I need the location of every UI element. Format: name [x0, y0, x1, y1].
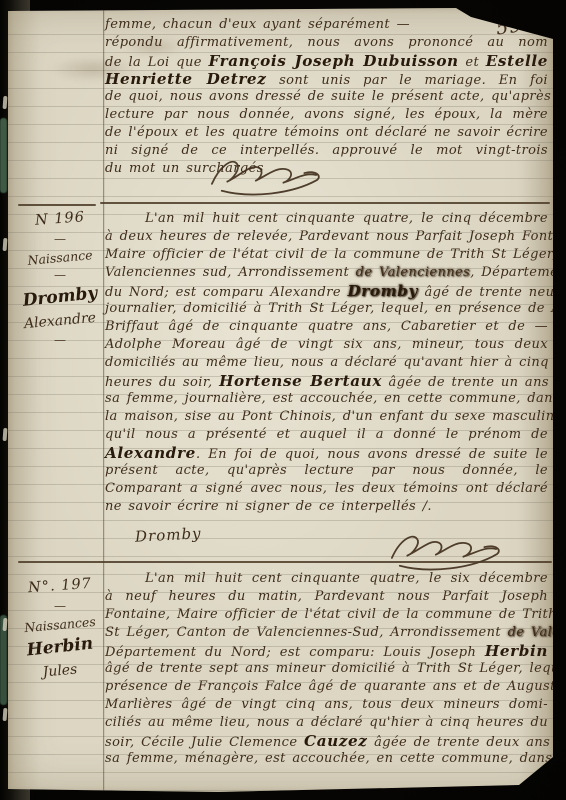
text-run: soir, Cécile Julie Clemence: [105, 735, 304, 750]
person-name: Henriette Detrez: [105, 70, 266, 88]
act-text: L'an mil huit cent cinquante quatre, le …: [105, 210, 548, 516]
text-run: sont unis par le mariage. En foi: [266, 73, 548, 88]
entry-separator: [100, 202, 550, 204]
text-run: sa femme, journalière, est accouchée, en…: [105, 391, 560, 406]
text-run: de quoi, nous avons dressé de suite le p…: [105, 89, 551, 104]
manuscript-line: de l'époux et les quatre témoins ont déc…: [105, 124, 548, 142]
text-run: la maison, sise au Pont Chinois, d'un en…: [105, 409, 559, 424]
text-run: Maire officier de l'état civil de la com…: [105, 247, 566, 262]
text-run: Fontaine, Maire officier de l'état civil…: [105, 607, 557, 622]
register-page: 596 femme, chacun d'eux ayant séparément…: [8, 8, 553, 792]
manuscript-line: soir, Cécile Julie Clemence Cauzez âgée …: [105, 732, 548, 750]
text-run: Comparant a signé avec nous, les deux té…: [105, 481, 548, 496]
manuscript-line: la maison, sise au Pont Chinois, d'un en…: [105, 408, 548, 426]
manuscript-line: ne savoir écrire ni signer de ce interpe…: [105, 498, 548, 516]
text-run: Briffaut âgé de cinquante quatre ans, Ca…: [105, 319, 548, 334]
act-number: N°. 197: [19, 571, 100, 601]
text-run: âgé de trente sept ans mineur domicilié …: [105, 661, 566, 676]
photo-background: 596 femme, chacun d'eux ayant séparément…: [0, 0, 566, 800]
text-run: St Léger, Canton de Valenciennes-Sud, Ar…: [105, 625, 508, 640]
manuscript-line: ciliés au même lieu, nous a déclaré qu'h…: [105, 714, 548, 732]
entry-separator: [18, 561, 552, 563]
manuscript-line: à deux heures de relevée, Pardevant nous…: [105, 228, 548, 246]
person-name: Cauzez: [304, 732, 368, 750]
text-run: présent acte, qu'après lecture par nous …: [105, 463, 548, 478]
margin-annotations: N 196 — Naissance — Dromby Alexandre —: [20, 207, 100, 349]
text-run: et: [459, 55, 486, 70]
manuscript-line: à neuf heures du matin, Pardevant nous P…: [105, 588, 548, 606]
text-run: de l'époux et les quatre témoins ont déc…: [105, 125, 548, 140]
text-run: à deux heures de relevée, Pardevant nous…: [105, 229, 566, 244]
manuscript-line: Alexandre. En foi de quoi, nous avons dr…: [105, 444, 548, 462]
person-name: Estelle: [486, 52, 548, 70]
text-run: à neuf heures du matin, Pardevant nous P…: [105, 589, 548, 604]
manuscript-line: heures du soir, Hortense Bertaux âgée de…: [105, 372, 548, 390]
manuscript-line: Valenciennes sud, Arrondissement de Vale…: [105, 264, 548, 282]
act-text: femme, chacun d'eux ayant séparément —ré…: [105, 16, 548, 178]
dash: —: [20, 332, 100, 349]
manuscript-line: Adolphe Moreau âgé de vingt six ans, min…: [105, 336, 548, 354]
manuscript-line: journalier, domicilié à Trith St Léger, …: [105, 300, 548, 318]
declarant-signature: Dromby: [135, 524, 202, 545]
text-run: de Valenciennes: [356, 265, 471, 280]
text-run: lecture par nous donnée, avons signé, le…: [105, 107, 548, 122]
manuscript-line: St Léger, Canton de Valenciennes-Sud, Ar…: [105, 624, 548, 642]
text-run: heures du soir,: [105, 375, 219, 390]
person-name: François Joseph Dubuisson: [208, 52, 458, 70]
manuscript-line: sa femme, ménagère, est accouchée, en ce…: [105, 750, 548, 768]
text-run: Département du Nord; est comparu: Louis …: [105, 645, 485, 660]
text-run: ni signé de ce interpellés. approuvé le …: [105, 143, 548, 158]
manuscript-line: lecture par nous donnée, avons signé, le…: [105, 106, 548, 124]
text-run: âgée de trente deux ans: [368, 735, 551, 750]
person-name: Alexandre: [105, 444, 196, 462]
text-run: âgée de trente un ans: [382, 375, 549, 390]
binding-stitch: [3, 238, 8, 251]
text-run: domiciliés au même lieu, nous a déclaré …: [105, 355, 549, 370]
manuscript-line: L'an mil huit cent cinquante quatre, le …: [105, 210, 548, 228]
binding-stitch: [3, 96, 8, 109]
manuscript-line: de quoi, nous avons dressé de suite le p…: [105, 88, 548, 106]
person-name: Dromby: [347, 282, 418, 300]
text-run: de Valenciennes: [508, 625, 566, 640]
text-run: . En foi de quoi, nous avons dressé de s…: [196, 447, 548, 462]
text-run: journalier, domicilié à Trith St Léger, …: [105, 301, 566, 316]
manuscript-line: répondu affirmativement, nous avons pron…: [105, 34, 548, 52]
text-run: femme, chacun d'eux ayant séparément —: [105, 17, 410, 32]
text-run: âgé de trente neuf ans: [418, 285, 566, 300]
text-run: qu'il nous a présenté et auquel il a don…: [105, 427, 548, 442]
text-run: ciliés au même lieu, nous a déclaré qu'h…: [105, 715, 548, 730]
person-name: Herbin: [485, 642, 548, 660]
act-text: L'an mil huit cent cinquante quatre, le …: [105, 570, 548, 768]
act-number: N 196: [19, 204, 100, 234]
manuscript-line: sa femme, journalière, est accouchée, en…: [105, 390, 548, 408]
manuscript-line: Henriette Detrez sont unis par le mariag…: [105, 70, 548, 88]
text-run: Adolphe Moreau âgé de vingt six ans, min…: [105, 337, 548, 352]
text-run: ne savoir écrire ni signer de ce interpe…: [105, 499, 432, 514]
manuscript-line: âgé de trente sept ans mineur domicilié …: [105, 660, 548, 678]
text-run: du Nord; est comparu Alexandre: [105, 285, 347, 300]
manuscript-line: Marlières âgé de vingt cinq ans, tous de…: [105, 696, 548, 714]
manuscript-line: domiciliés au même lieu, nous a déclaré …: [105, 354, 548, 372]
margin-annotations: N°. 197 — Naissances Herbin Jules: [20, 574, 100, 682]
text-run: Marlières âgé de vingt cinq ans, tous de…: [105, 697, 548, 712]
manuscript-line: Comparant a signé avec nous, les deux té…: [105, 480, 548, 498]
manuscript-line: présent acte, qu'après lecture par nous …: [105, 462, 548, 480]
text-run: L'an mil huit cent cinquante quatre, le …: [145, 211, 548, 226]
manuscript-line: de la Loi que François Joseph Dubuisson …: [105, 52, 548, 70]
text-run: L'an mil huit cent cinquante quatre, le …: [145, 571, 548, 586]
manuscript-line: qu'il nous a présenté et auquel il a don…: [105, 426, 548, 444]
text-run: , Département: [470, 265, 566, 280]
margin-rule-line: [103, 8, 104, 792]
manuscript-line: du Nord; est comparu Alexandre Dromby âg…: [105, 282, 548, 300]
text-run: de la Loi que: [105, 55, 208, 70]
manuscript-line: L'an mil huit cent cinquante quatre, le …: [105, 570, 548, 588]
manuscript-line: du mot un surchargés: [105, 160, 548, 178]
text-run: répondu affirmativement, nous avons pron…: [105, 35, 548, 50]
text-run: présence de François Falce âgé de quaran…: [105, 679, 564, 694]
manuscript-line: présence de François Falce âgé de quaran…: [105, 678, 548, 696]
manuscript-line: Maire officier de l'état civil de la com…: [105, 246, 548, 264]
binding-stitch: [3, 428, 8, 441]
manuscript-line: ni signé de ce interpellés. approuvé le …: [105, 142, 548, 160]
binding-stitch: [3, 708, 8, 721]
manuscript-line: femme, chacun d'eux ayant séparément —: [105, 16, 548, 34]
person-name: Hortense Bertaux: [219, 372, 382, 390]
text-run: Valenciennes sud, Arrondissement: [105, 265, 356, 280]
book-cover-edge: [0, 118, 7, 193]
manuscript-line: Fontaine, Maire officier de l'état civil…: [105, 606, 548, 624]
signature-flourish: [206, 148, 324, 204]
text-run: sa femme, ménagère, est accouchée, en ce…: [105, 751, 552, 766]
manuscript-line: Département du Nord; est comparu: Louis …: [105, 642, 548, 660]
manuscript-line: Briffaut âgé de cinquante quatre ans, Ca…: [105, 318, 548, 336]
